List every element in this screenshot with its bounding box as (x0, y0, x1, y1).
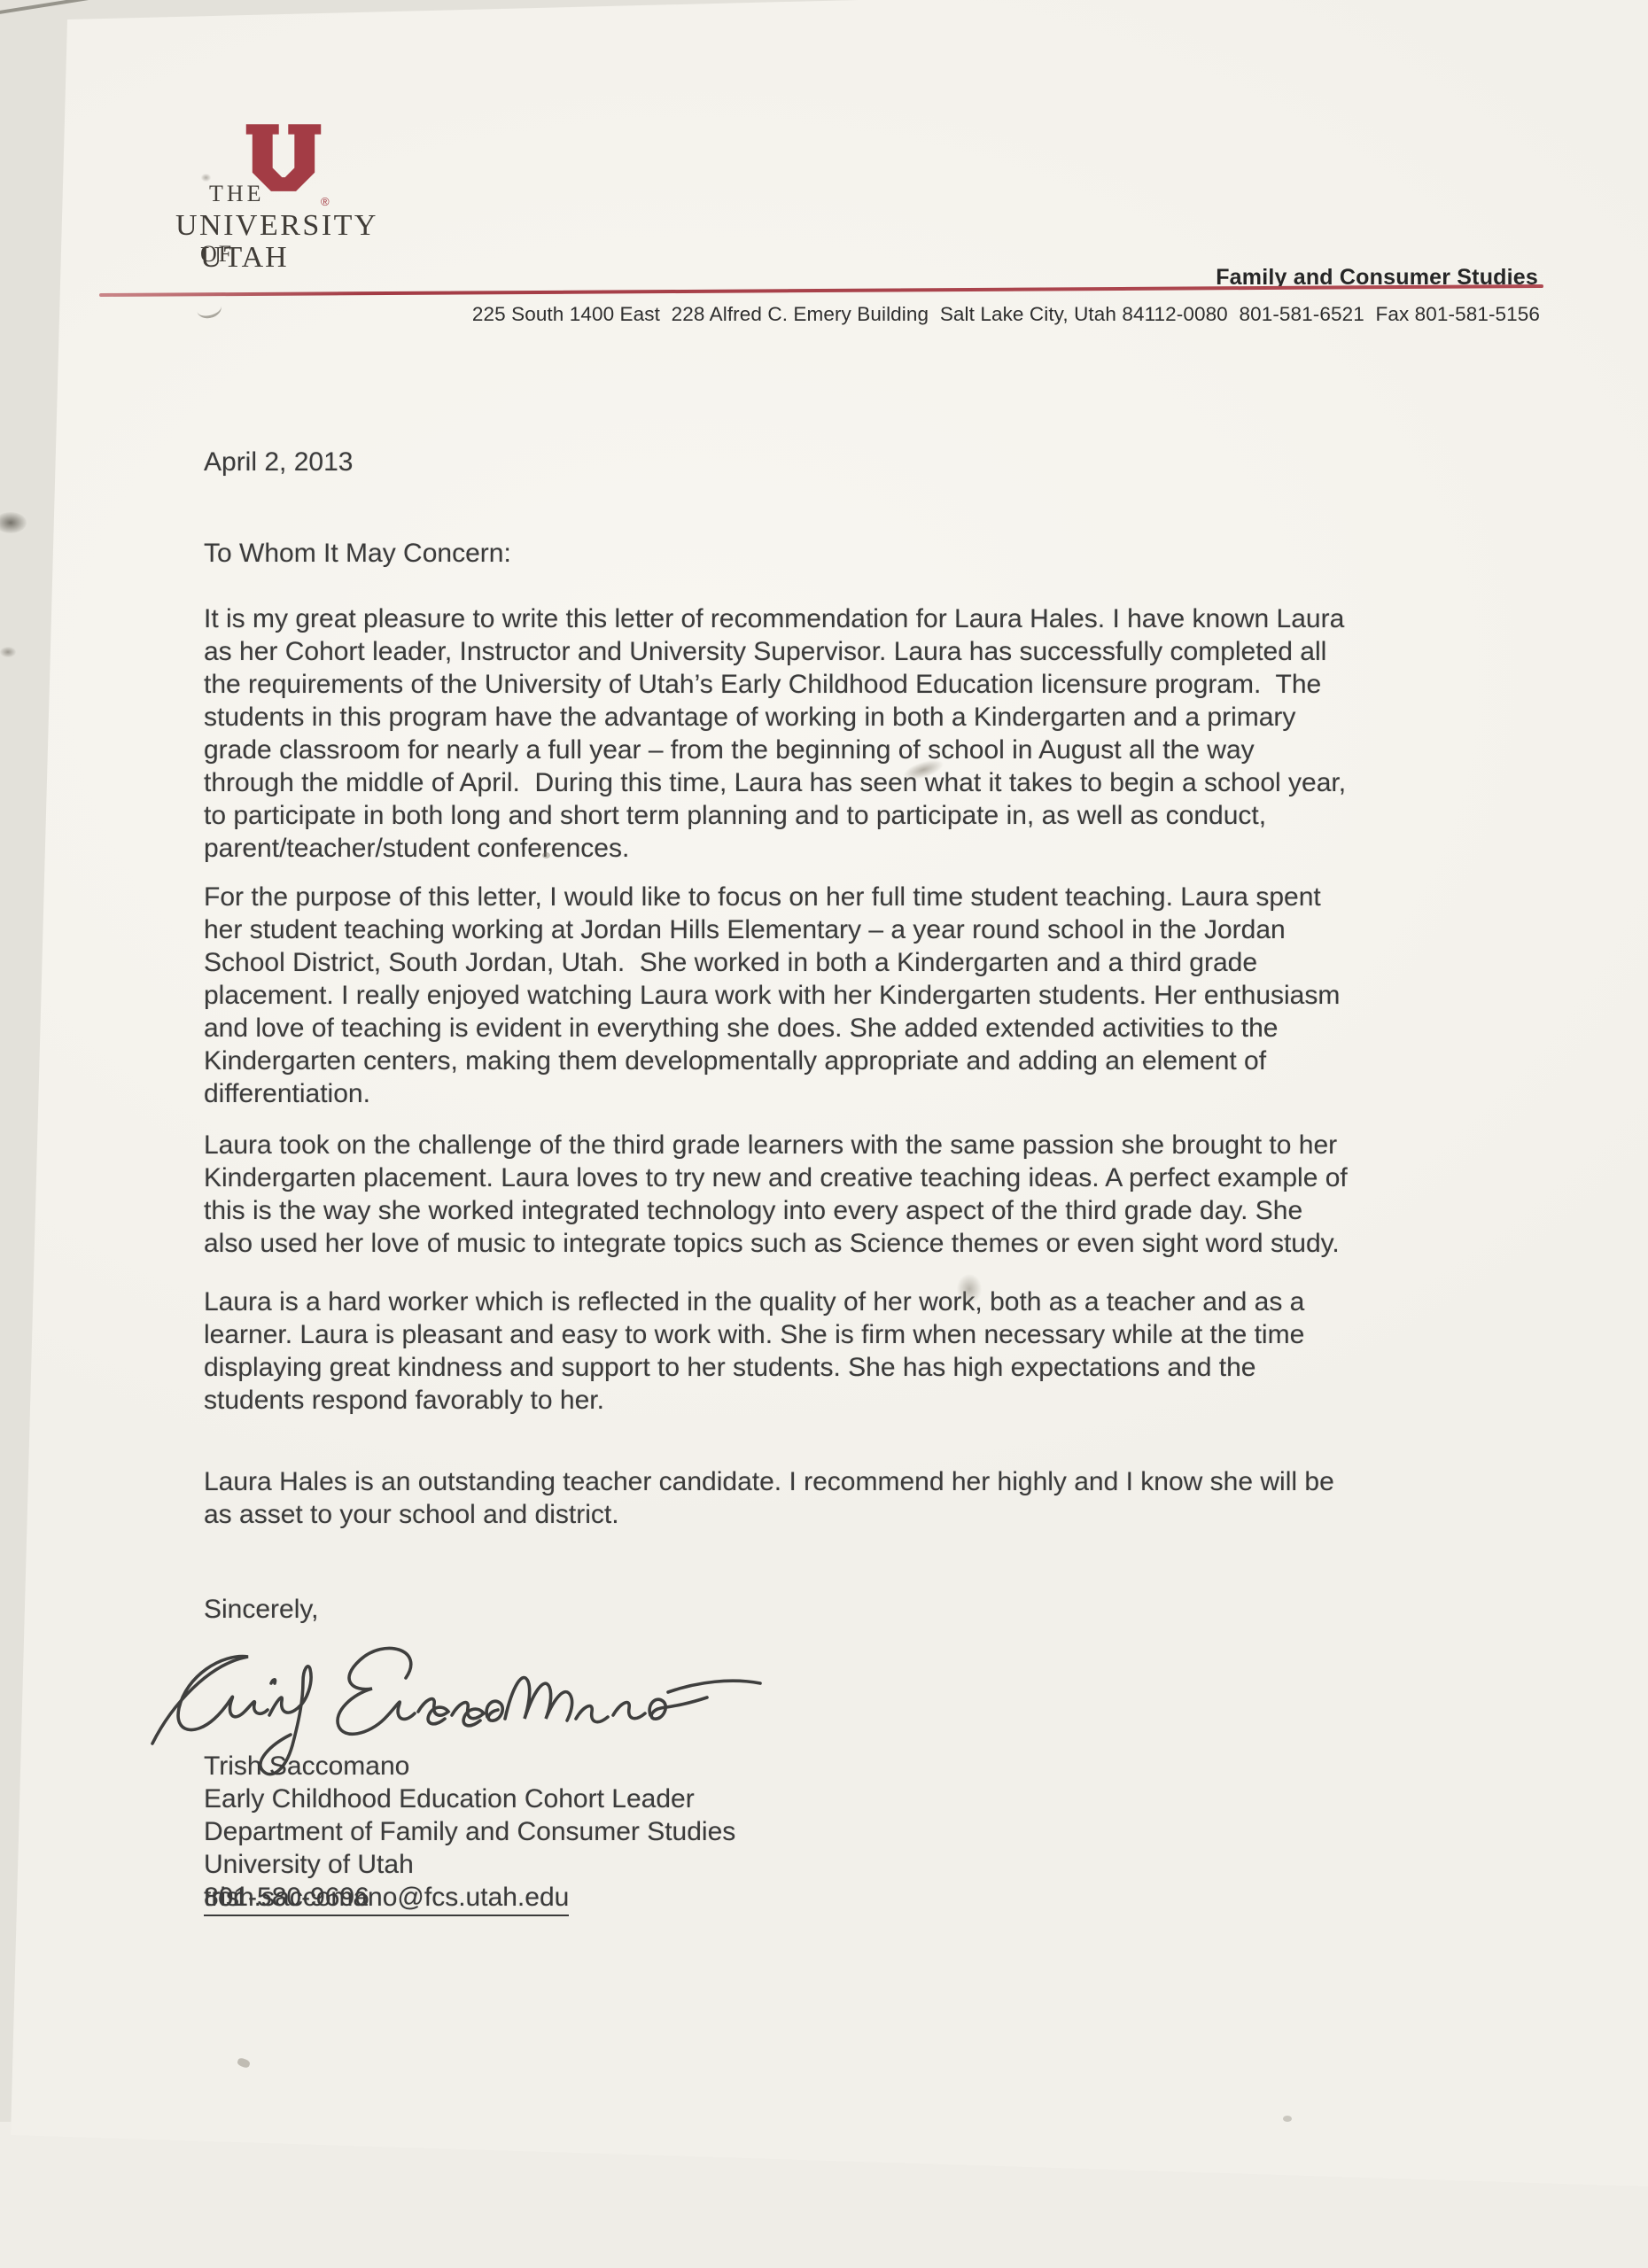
scan-corner-artifact (0, 0, 95, 15)
letter-date: April 2, 2013 (204, 446, 353, 478)
letterhead-address: 225 South 1400 East 228 Alfred C. Emery … (337, 303, 1540, 326)
salutation: To Whom It May Concern: (204, 537, 511, 570)
signer-identity-block: Trish Saccomano Early Childhood Educatio… (204, 1750, 1267, 1881)
scan-edge-mark (0, 512, 27, 533)
body-paragraph-3: Laura took on the challenge of the third… (204, 1129, 1586, 1260)
body-paragraph-2: For the purpose of this letter, I would … (204, 881, 1586, 1110)
scan-pen-mark (195, 297, 223, 321)
letterhead-divider-rule (99, 284, 1543, 297)
scan-edge-mark (0, 647, 16, 657)
registered-trademark-mark: ® (321, 195, 330, 208)
letter-paper: ® THE UNIVERSITY OF UTAH Family and Cons… (0, 0, 1648, 2268)
scan-speck (1283, 2116, 1292, 2122)
logo-text-utah: UTAH (200, 241, 289, 275)
logo-text-university: UNIVERSITY (175, 209, 378, 243)
logo-text-the: THE (209, 181, 265, 207)
body-paragraph-1: It is my great pleasure to write this le… (204, 602, 1586, 865)
signer-phone: 801-580-9696 (204, 1881, 369, 1914)
body-paragraph-4: Laura is a hard worker which is reflecte… (204, 1285, 1586, 1417)
body-paragraph-5: Laura Hales is an outstanding teacher ca… (204, 1465, 1586, 1531)
scan-speck (237, 2057, 251, 2069)
closing-sincerely: Sincerely, (204, 1593, 319, 1626)
